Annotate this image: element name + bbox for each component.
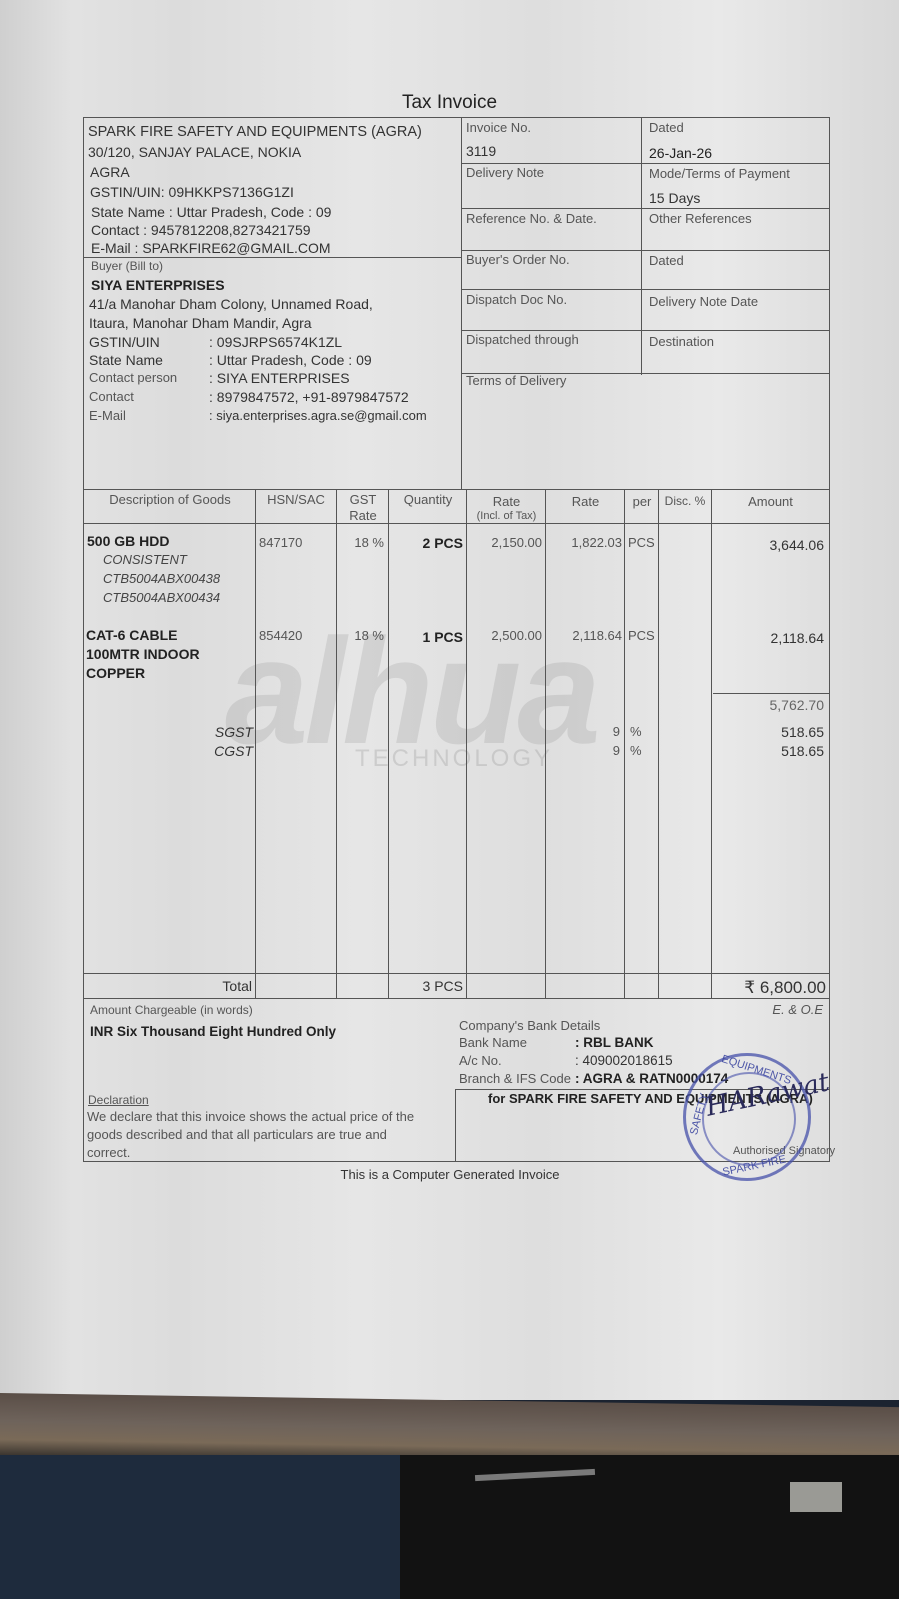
divider: [388, 489, 389, 998]
item-gst-rate: 18 %: [338, 628, 384, 643]
account-no-value: : 409002018615: [575, 1053, 673, 1068]
divider: [84, 489, 829, 490]
tax-amount: 518.65: [713, 743, 824, 759]
terms-of-delivery-label: Terms of Delivery: [466, 373, 566, 388]
divider: [84, 973, 829, 974]
background-object: [790, 1482, 842, 1512]
divider: [84, 523, 829, 524]
item-detail: CTB5004ABX00438: [103, 571, 220, 586]
buyer-contact-value: : 8979847572, +91-8979847572: [209, 389, 409, 405]
dispatch-doc-label: Dispatch Doc No.: [466, 292, 567, 307]
item-description: 100MTR INDOOR: [86, 646, 200, 662]
buyer-address-1: 41/a Manohar Dham Colony, Unnamed Road,: [89, 296, 373, 312]
item-rate: 1,822.03: [547, 535, 622, 550]
divider: [461, 330, 829, 331]
bank-name-label: Bank Name: [459, 1035, 527, 1050]
buyer-contact-person-value: : SIYA ENTERPRISES: [209, 370, 350, 386]
subtotal-amount: 5,762.70: [713, 697, 824, 713]
background-fabric: [0, 1455, 420, 1599]
item-detail: CONSISTENT: [103, 552, 187, 567]
tax-amount: 518.65: [713, 724, 824, 740]
divider: [455, 1089, 456, 1161]
seller-address-1: 30/120, SANJAY PALACE, NOKIA: [88, 144, 301, 160]
buyer-heading: Buyer (Bill to): [91, 259, 163, 273]
item-hsn: 847170: [259, 535, 302, 550]
declaration-line: correct.: [87, 1145, 130, 1160]
ifsc-label: Branch & IFS Code: [459, 1071, 571, 1086]
item-description: 500 GB HDD: [87, 533, 169, 549]
tax-rate: 9: [590, 724, 620, 739]
col-gst-rate: GST: [338, 492, 388, 507]
buyer-address-2: Itaura, Manohar Dham Mandir, Agra: [89, 315, 312, 331]
col-hsn: HSN/SAC: [257, 492, 335, 507]
item-per: PCS: [628, 628, 655, 643]
tax-rate-unit: %: [630, 724, 642, 739]
divider: [466, 489, 467, 998]
divider: [711, 489, 712, 998]
divider: [658, 489, 659, 998]
seller-contact: Contact : 9457812208,8273421759: [91, 222, 311, 238]
divider: [545, 489, 546, 998]
item-gst-rate: 18 %: [338, 535, 384, 550]
col-rate-incl-2: (Incl. of Tax): [468, 510, 545, 522]
divider: [461, 250, 829, 251]
amount-words-value: INR Six Thousand Eight Hundred Only: [90, 1024, 336, 1039]
item-per: PCS: [628, 535, 655, 550]
col-rate: Rate: [547, 494, 624, 509]
divider: [461, 163, 829, 164]
total-amount: ₹ 6,800.00: [713, 978, 826, 998]
declaration-line: We declare that this invoice shows the a…: [87, 1109, 414, 1124]
declaration-line: goods described and that all particulars…: [87, 1127, 387, 1142]
buyer-state-label: State Name: [89, 352, 163, 368]
item-amount: 2,118.64: [713, 630, 824, 646]
divider: [84, 257, 462, 258]
col-gst-rate-2: Rate: [338, 508, 388, 523]
tax-rate-unit: %: [630, 743, 642, 758]
buyers-order-dated-label: Dated: [649, 253, 684, 268]
item-quantity: 2 PCS: [390, 535, 463, 551]
col-description: Description of Goods: [90, 492, 250, 507]
bank-name-value: : RBL BANK: [575, 1035, 654, 1050]
divider: [84, 998, 829, 999]
dated-value: 26-Jan-26: [649, 145, 712, 161]
tax-name: SGST: [150, 724, 253, 740]
computer-generated-note: This is a Computer Generated Invoice: [300, 1167, 600, 1182]
dispatched-through-label: Dispatched through: [466, 332, 579, 347]
seller-name: SPARK FIRE SAFETY AND EQUIPMENTS (AGRA): [88, 124, 422, 140]
tax-name: CGST: [150, 743, 253, 759]
eoe-label: E. & O.E: [700, 1002, 823, 1017]
col-amount: Amount: [713, 494, 828, 509]
seller-state: State Name : Uttar Pradesh, Code : 09: [91, 204, 331, 220]
delivery-note-date-label: Delivery Note Date: [649, 294, 758, 309]
invoice-no-value: 3119: [466, 143, 496, 159]
amount-words-label: Amount Chargeable (in words): [90, 1003, 253, 1017]
buyer-gstin-value: : 09SJRPS6574K1ZL: [209, 334, 342, 350]
total-quantity: 3 PCS: [390, 978, 463, 994]
item-hsn: 854420: [259, 628, 302, 643]
seller-email: E-Mail : SPARKFIRE62@GMAIL.COM: [91, 240, 331, 256]
col-per: per: [626, 494, 658, 509]
other-references-label: Other References: [649, 211, 752, 226]
declaration-heading: Declaration: [88, 1093, 149, 1107]
col-quantity: Quantity: [390, 492, 466, 507]
divider: [461, 117, 462, 489]
delivery-note-label: Delivery Note: [466, 165, 544, 180]
item-detail: CTB5004ABX00434: [103, 590, 220, 605]
destination-label: Destination: [649, 334, 714, 349]
reference-label: Reference No. & Date.: [466, 211, 597, 226]
buyers-order-label: Buyer's Order No.: [466, 252, 570, 267]
item-quantity: 1 PCS: [390, 629, 463, 645]
divider: [461, 289, 829, 290]
buyer-email-value: : siya.enterprises.agra.se@gmail.com: [209, 408, 427, 423]
payment-terms-label: Mode/Terms of Payment: [649, 166, 790, 181]
invoice-no-label: Invoice No.: [466, 120, 531, 135]
seller-gstin: GSTIN/UIN: 09HKKPS7136G1ZI: [90, 184, 294, 200]
item-description: CAT-6 CABLE: [86, 627, 178, 643]
item-rate: 2,118.64: [547, 628, 622, 643]
item-rate-incl: 2,500.00: [468, 628, 542, 643]
buyer-contact-label: Contact: [89, 389, 134, 404]
dated-label: Dated: [649, 120, 684, 135]
buyer-name: SIYA ENTERPRISES: [91, 277, 225, 293]
divider: [255, 489, 256, 998]
divider: [336, 489, 337, 998]
total-label: Total: [160, 978, 252, 994]
buyer-email-label: E-Mail: [89, 408, 126, 423]
col-disc: Disc. %: [660, 494, 710, 508]
divider: [641, 117, 642, 375]
col-rate-incl: Rate: [468, 494, 545, 509]
bank-heading: Company's Bank Details: [459, 1018, 600, 1033]
company-stamp: EQUIPMENTS SAFETY SPARK FIRE: [683, 1053, 811, 1181]
buyer-gstin-label: GSTIN/UIN: [89, 334, 160, 350]
buyer-state-value: : Uttar Pradesh, Code : 09: [209, 352, 372, 368]
item-description: COPPER: [86, 665, 145, 681]
account-no-label: A/c No.: [459, 1053, 502, 1068]
tax-rate: 9: [590, 743, 620, 758]
payment-terms-value: 15 Days: [649, 190, 700, 206]
divider: [624, 489, 625, 998]
item-amount: 3,644.06: [713, 537, 824, 553]
buyer-contact-person-label: Contact person: [89, 370, 177, 385]
document-title: Tax Invoice: [0, 92, 899, 114]
seller-address-2: AGRA: [90, 164, 130, 180]
subtotal-rule: [713, 693, 829, 694]
divider: [461, 208, 829, 209]
item-rate-incl: 2,150.00: [468, 535, 542, 550]
